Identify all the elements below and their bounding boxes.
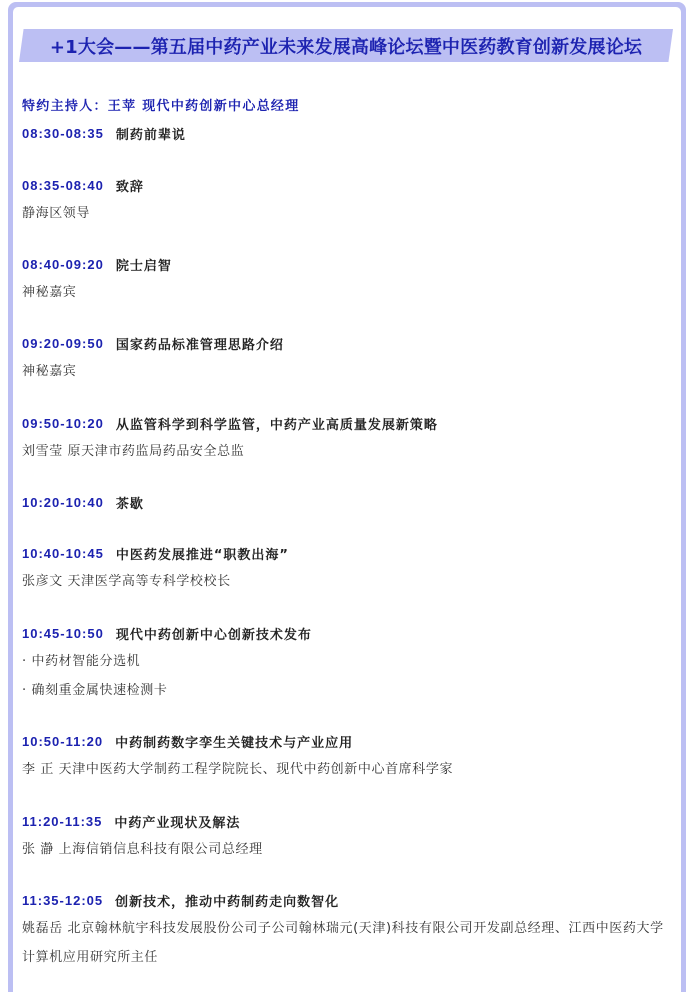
tech-release-item: · 中药材智能分选机 bbox=[22, 647, 672, 676]
agenda-item: 10:40-10:45 中医药发展推进“职教出海” 张彦文 天津医学高等专科学校… bbox=[22, 539, 672, 619]
agenda-item: 08:30-08:35 制药前辈说 bbox=[22, 119, 672, 171]
agenda-item-header: 08:40-09:20 院士启智 bbox=[22, 250, 672, 278]
time-range: 09:50-10:20 bbox=[22, 416, 104, 431]
agenda-item: 10:20-10:40 茶歇 bbox=[22, 488, 672, 539]
session-topic: 国家药品标准管理思路介绍 bbox=[116, 334, 284, 353]
time-range: 08:40-09:20 bbox=[22, 257, 104, 272]
agenda-item: 10:50-11:20 中药制药数字孪生关键技术与产业应用 李 正 天津中医药大… bbox=[22, 727, 672, 807]
agenda-item: 08:40-09:20 院士启智 神秘嘉宾 bbox=[22, 250, 672, 329]
session-topic: 致辞 bbox=[116, 176, 144, 195]
session-topic: 中医药发展推进“职教出海” bbox=[116, 544, 289, 563]
time-range: 10:50-11:20 bbox=[22, 734, 103, 749]
speaker-info: 李 正 天津中医药大学制药工程学院院长、现代中药创新中心首席科学家 bbox=[22, 755, 672, 784]
agenda-frame: +1大会——第五届中药产业未来发展高峰论坛暨中医药教育创新发展论坛 特约主持人：… bbox=[8, 2, 686, 976]
session-topic: 从监管科学到科学监管，中药产业高质量发展新策略 bbox=[116, 414, 438, 433]
session-topic: 中药产业现状及解法 bbox=[114, 812, 240, 831]
time-range: 09:20-09:50 bbox=[22, 336, 104, 351]
session-topic: 中药制药数字孪生关键技术与产业应用 bbox=[115, 732, 353, 751]
agenda-item-header: 11:35-12:05 创新技术，推动中药制药走向数智化 bbox=[22, 886, 672, 914]
speaker-info: 刘雪莹 原天津市药监局药品安全总监 bbox=[22, 437, 672, 466]
session-topic: 创新技术，推动中药制药走向数智化 bbox=[115, 891, 339, 910]
speaker-info: 神秘嘉宾 bbox=[22, 357, 672, 386]
time-range: 08:30-08:35 bbox=[22, 126, 104, 141]
speaker-info: 姚磊岳 北京翰林航宇科技发展股份公司子公司翰林瑞元(天津)科技有限公司开发副总经… bbox=[22, 914, 672, 972]
agenda-item-header: 11:20-11:35 中药产业现状及解法 bbox=[22, 807, 672, 835]
time-range: 10:45-10:50 bbox=[22, 626, 104, 641]
speaker-info: 静海区领导 bbox=[22, 199, 672, 228]
agenda-item-header: 09:50-10:20 从监管科学到科学监管，中药产业高质量发展新策略 bbox=[22, 409, 672, 437]
time-range: 11:20-11:35 bbox=[22, 814, 102, 829]
session-topic: 茶歇 bbox=[116, 493, 144, 512]
speaker-info: 神秘嘉宾 bbox=[22, 278, 672, 307]
agenda-item-header: 09:20-09:50 国家药品标准管理思路介绍 bbox=[22, 329, 672, 357]
agenda-item-header: 08:35-08:40 致辞 bbox=[22, 171, 672, 199]
session-topic: 现代中药创新中心创新技术发布 bbox=[116, 624, 312, 643]
agenda-item-header: 08:30-08:35 制药前辈说 bbox=[22, 119, 672, 147]
tech-release-item: · 确刻重金属快速检测卡 bbox=[22, 676, 672, 705]
time-range: 10:40-10:45 bbox=[22, 546, 104, 561]
agenda-item: 09:20-09:50 国家药品标准管理思路介绍 神秘嘉宾 bbox=[22, 329, 672, 409]
agenda-item-header: 10:45-10:50 现代中药创新中心创新技术发布 bbox=[22, 619, 672, 647]
time-range: 08:35-08:40 bbox=[22, 178, 104, 193]
session-topic: 院士启智 bbox=[116, 255, 172, 274]
agenda-item-header: 10:40-10:45 中医药发展推进“职教出海” bbox=[22, 539, 672, 567]
forum-title: +1大会——第五届中药产业未来发展高峰论坛暨中医药教育创新发展论坛 bbox=[50, 33, 642, 59]
agenda-item: 11:20-11:35 中药产业现状及解法 张 瀞 上海信销信息科技有限公司总经… bbox=[22, 807, 672, 886]
host-line: 特约主持人：王苹 现代中药创新中心总经理 bbox=[22, 95, 672, 119]
agenda-item: 08:35-08:40 致辞 静海区领导 bbox=[22, 171, 672, 250]
time-range: 10:20-10:40 bbox=[22, 495, 104, 510]
agenda-item: 11:35-12:05 创新技术，推动中药制药走向数智化 姚磊岳 北京翰林航宇科… bbox=[22, 886, 672, 972]
title-banner: +1大会——第五届中药产业未来发展高峰论坛暨中医药教育创新发展论坛 bbox=[19, 29, 673, 62]
agenda-item: 10:45-10:50 现代中药创新中心创新技术发布 · 中药材智能分选机 · … bbox=[22, 619, 672, 727]
agenda-item-header: 10:20-10:40 茶歇 bbox=[22, 488, 672, 516]
agenda-card: +1大会——第五届中药产业未来发展高峰论坛暨中医药教育创新发展论坛 特约主持人：… bbox=[13, 7, 681, 976]
speaker-info: 张 瀞 上海信销信息科技有限公司总经理 bbox=[22, 835, 672, 864]
agenda-item: 09:50-10:20 从监管科学到科学监管，中药产业高质量发展新策略 刘雪莹 … bbox=[22, 409, 672, 488]
session-topic: 制药前辈说 bbox=[116, 124, 186, 143]
time-range: 11:35-12:05 bbox=[22, 893, 103, 908]
agenda-item-header: 10:50-11:20 中药制药数字孪生关键技术与产业应用 bbox=[22, 727, 672, 755]
speaker-info: 张彦文 天津医学高等专科学校校长 bbox=[22, 567, 672, 596]
agenda-content: 特约主持人：王苹 现代中药创新中心总经理 08:30-08:35 制药前辈说 0… bbox=[22, 95, 672, 972]
